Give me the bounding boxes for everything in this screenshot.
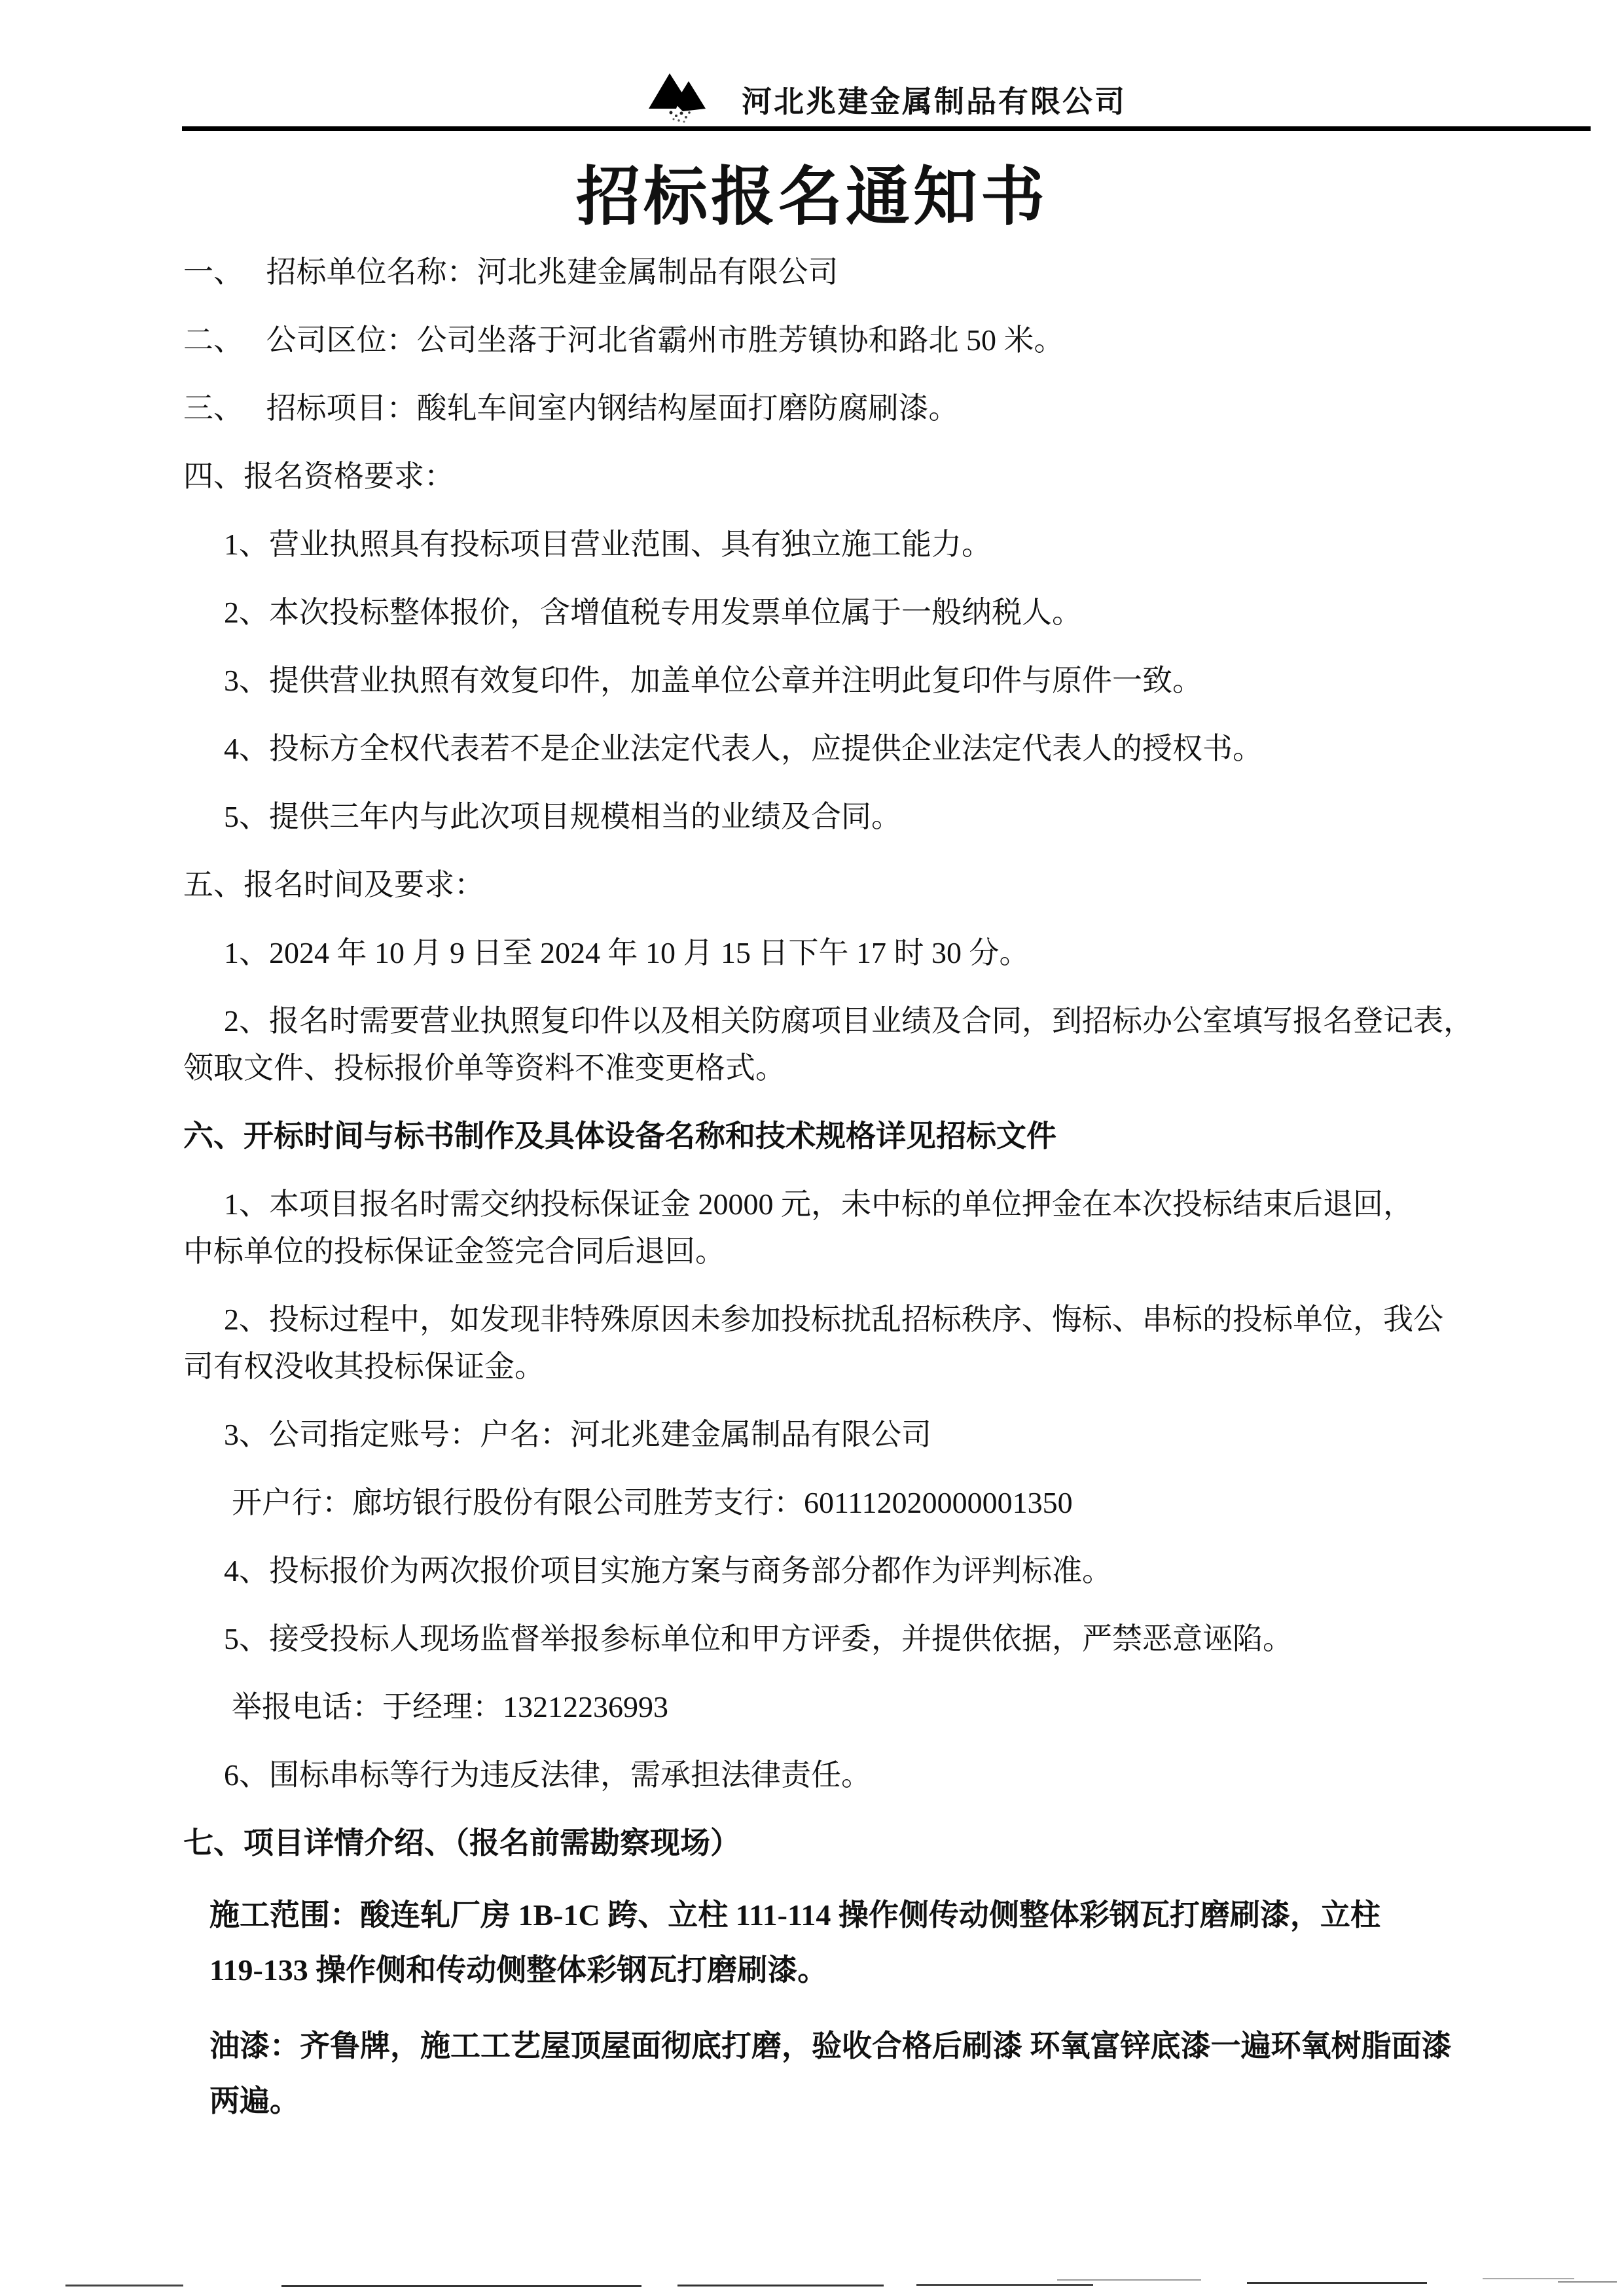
footer-line-fragment bbox=[281, 2285, 641, 2287]
text-line: 二、 公司区位：公司坐落于河北省霸州市胜芳镇协和路北 50 米。 bbox=[183, 317, 1581, 364]
paragraph: 6、围标串标等行为违反法律，需承担法律责任。 bbox=[183, 1752, 1581, 1799]
paragraph: 施工范围：酸连轧厂房 1B-1C 跨、立柱 111-114 操作侧传动侧整体彩钢… bbox=[183, 1888, 1581, 1998]
text-line: 施工范围：酸连轧厂房 1B-1C 跨、立柱 111-114 操作侧传动侧整体彩钢… bbox=[209, 1888, 1581, 1943]
text-line: 4、投标方全权代表若不是企业法定代表人，应提供企业法定代表人的授权书。 bbox=[224, 725, 1581, 772]
text-line: 领取文件、投标报价单等资料不准变更格式。 bbox=[183, 1045, 1581, 1092]
text-line: 3、提供营业执照有效复印件，加盖单位公章并注明此复印件与原件一致。 bbox=[224, 657, 1581, 704]
paragraph: 5、提供三年内与此次项目规模相当的业绩及合同。 bbox=[183, 793, 1581, 840]
text-line: 119-133 操作侧和传动侧整体彩钢瓦打磨刷漆。 bbox=[209, 1943, 1581, 1998]
footer-line-fragment bbox=[916, 2284, 1093, 2286]
paragraph: 2、投标过程中，如发现非特殊原因未参加投标扰乱招标秩序、悔标、串标的投标单位，我… bbox=[183, 1296, 1581, 1390]
paragraph: 4、投标报价为两次报价项目实施方案与商务部分都作为评判标准。 bbox=[183, 1547, 1581, 1595]
text-line: 两遍。 bbox=[209, 2074, 1581, 2129]
paragraph: 油漆：齐鲁牌，施工工艺屋顶屋面彻底打磨，验收合格后刷漆 环氧富锌底漆一遍环氧树脂… bbox=[183, 2019, 1581, 2129]
paragraph: 1、本项目报名时需交纳投标保证金 20000 元，未中标的单位押金在本次投标结束… bbox=[183, 1181, 1581, 1275]
text-line: 三、 招标项目：酸轧车间室内钢结构屋面打磨防腐刷漆。 bbox=[183, 385, 1581, 432]
mountain-logo-icon bbox=[645, 69, 718, 124]
text-line: 四、报名资格要求： bbox=[183, 453, 1581, 500]
letterhead: 河北兆建金属制品有限公司 bbox=[0, 69, 1624, 128]
text-line: 油漆：齐鲁牌，施工工艺屋顶屋面彻底打磨，验收合格后刷漆 环氧富锌底漆一遍环氧树脂… bbox=[209, 2019, 1581, 2074]
footer-line-fragment bbox=[1558, 2281, 1617, 2283]
text-line: 1、本项目报名时需交纳投标保证金 20000 元，未中标的单位押金在本次投标结束… bbox=[224, 1181, 1581, 1228]
text-line: 2、报名时需要营业执照复印件以及相关防腐项目业绩及合同，到招标办公室填写报名登记… bbox=[224, 998, 1581, 1045]
text-line: 2、本次投标整体报价，含增值税专用发票单位属于一般纳税人。 bbox=[224, 589, 1581, 636]
text-line: 六、开标时间与标书制作及具体设备名称和技术规格详见招标文件 bbox=[183, 1113, 1581, 1160]
paragraph: 3、提供营业执照有效复印件，加盖单位公章并注明此复印件与原件一致。 bbox=[183, 657, 1581, 704]
text-line: 五、报名时间及要求： bbox=[183, 861, 1581, 909]
text-line: 1、2024 年 10 月 9 日至 2024 年 10 月 15 日下午 17… bbox=[224, 930, 1581, 977]
paragraph: 开户行：廊坊银行股份有限公司胜芳支行：601112020000001350 bbox=[183, 1479, 1581, 1527]
paragraph: 1、营业执照具有投标项目营业范围、具有独立施工能力。 bbox=[183, 521, 1581, 568]
header-divider bbox=[182, 126, 1591, 131]
footer-line-fragment bbox=[1057, 2279, 1201, 2281]
paragraph: 1、2024 年 10 月 9 日至 2024 年 10 月 15 日下午 17… bbox=[183, 930, 1581, 977]
text-line: 司有权没收其投标保证金。 bbox=[183, 1343, 1581, 1390]
footer-line-fragment bbox=[1247, 2282, 1427, 2284]
text-line: 5、提供三年内与此次项目规模相当的业绩及合同。 bbox=[224, 793, 1581, 840]
paragraph: 二、 公司区位：公司坐落于河北省霸州市胜芳镇协和路北 50 米。 bbox=[183, 317, 1581, 364]
paragraph: 2、本次投标整体报价，含增值税专用发票单位属于一般纳税人。 bbox=[183, 589, 1581, 636]
text-line: 5、接受投标人现场监督举报参标单位和甲方评委，并提供依据，严禁恶意诬陷。 bbox=[224, 1616, 1581, 1663]
text-line: 举报电话：于经理：13212236993 bbox=[232, 1684, 1581, 1731]
text-line: 一、 招标单位名称：河北兆建金属制品有限公司 bbox=[183, 249, 1581, 296]
scanned-document-page: 河北兆建金属制品有限公司 招标报名通知书 一、 招标单位名称：河北兆建金属制品有… bbox=[0, 0, 1624, 2295]
footer-line-fragment bbox=[65, 2285, 183, 2286]
paragraph: 四、报名资格要求： bbox=[183, 453, 1581, 500]
text-line: 中标单位的投标保证金签完合同后退回。 bbox=[183, 1228, 1581, 1275]
document-body: 一、 招标单位名称：河北兆建金属制品有限公司二、 公司区位：公司坐落于河北省霸州… bbox=[183, 249, 1581, 2150]
paragraph: 3、公司指定账号：户名：河北兆建金属制品有限公司 bbox=[183, 1411, 1581, 1458]
paragraph: 一、 招标单位名称：河北兆建金属制品有限公司 bbox=[183, 249, 1581, 296]
footer-line-fragment bbox=[677, 2285, 884, 2286]
paragraph: 举报电话：于经理：13212236993 bbox=[183, 1684, 1581, 1731]
company-name: 河北兆建金属制品有限公司 bbox=[742, 73, 1127, 121]
paragraph: 七、项目详情介绍、（报名前需勘察现场） bbox=[183, 1820, 1581, 1867]
text-line: 6、围标串标等行为违反法律，需承担法律责任。 bbox=[224, 1752, 1581, 1799]
paragraph: 5、接受投标人现场监督举报参标单位和甲方评委，并提供依据，严禁恶意诬陷。 bbox=[183, 1616, 1581, 1663]
footer-line-fragment bbox=[1483, 2278, 1574, 2279]
paragraph: 三、 招标项目：酸轧车间室内钢结构屋面打磨防腐刷漆。 bbox=[183, 385, 1581, 432]
paragraph: 五、报名时间及要求： bbox=[183, 861, 1581, 909]
text-line: 1、营业执照具有投标项目营业范围、具有独立施工能力。 bbox=[224, 521, 1581, 568]
paragraph: 六、开标时间与标书制作及具体设备名称和技术规格详见招标文件 bbox=[183, 1113, 1581, 1160]
text-line: 3、公司指定账号：户名：河北兆建金属制品有限公司 bbox=[224, 1411, 1581, 1458]
text-line: 开户行：廊坊银行股份有限公司胜芳支行：601112020000001350 bbox=[232, 1479, 1581, 1527]
letterhead-inner: 河北兆建金属制品有限公司 bbox=[645, 69, 1127, 124]
paragraph: 2、报名时需要营业执照复印件以及相关防腐项目业绩及合同，到招标办公室填写报名登记… bbox=[183, 998, 1581, 1092]
text-line: 2、投标过程中，如发现非特殊原因未参加投标扰乱招标秩序、悔标、串标的投标单位，我… bbox=[224, 1296, 1581, 1343]
document-title: 招标报名通知书 bbox=[0, 145, 1624, 238]
paragraph: 4、投标方全权代表若不是企业法定代表人，应提供企业法定代表人的授权书。 bbox=[183, 725, 1581, 772]
text-line: 七、项目详情介绍、（报名前需勘察现场） bbox=[183, 1820, 1581, 1867]
text-line: 4、投标报价为两次报价项目实施方案与商务部分都作为评判标准。 bbox=[224, 1547, 1581, 1595]
